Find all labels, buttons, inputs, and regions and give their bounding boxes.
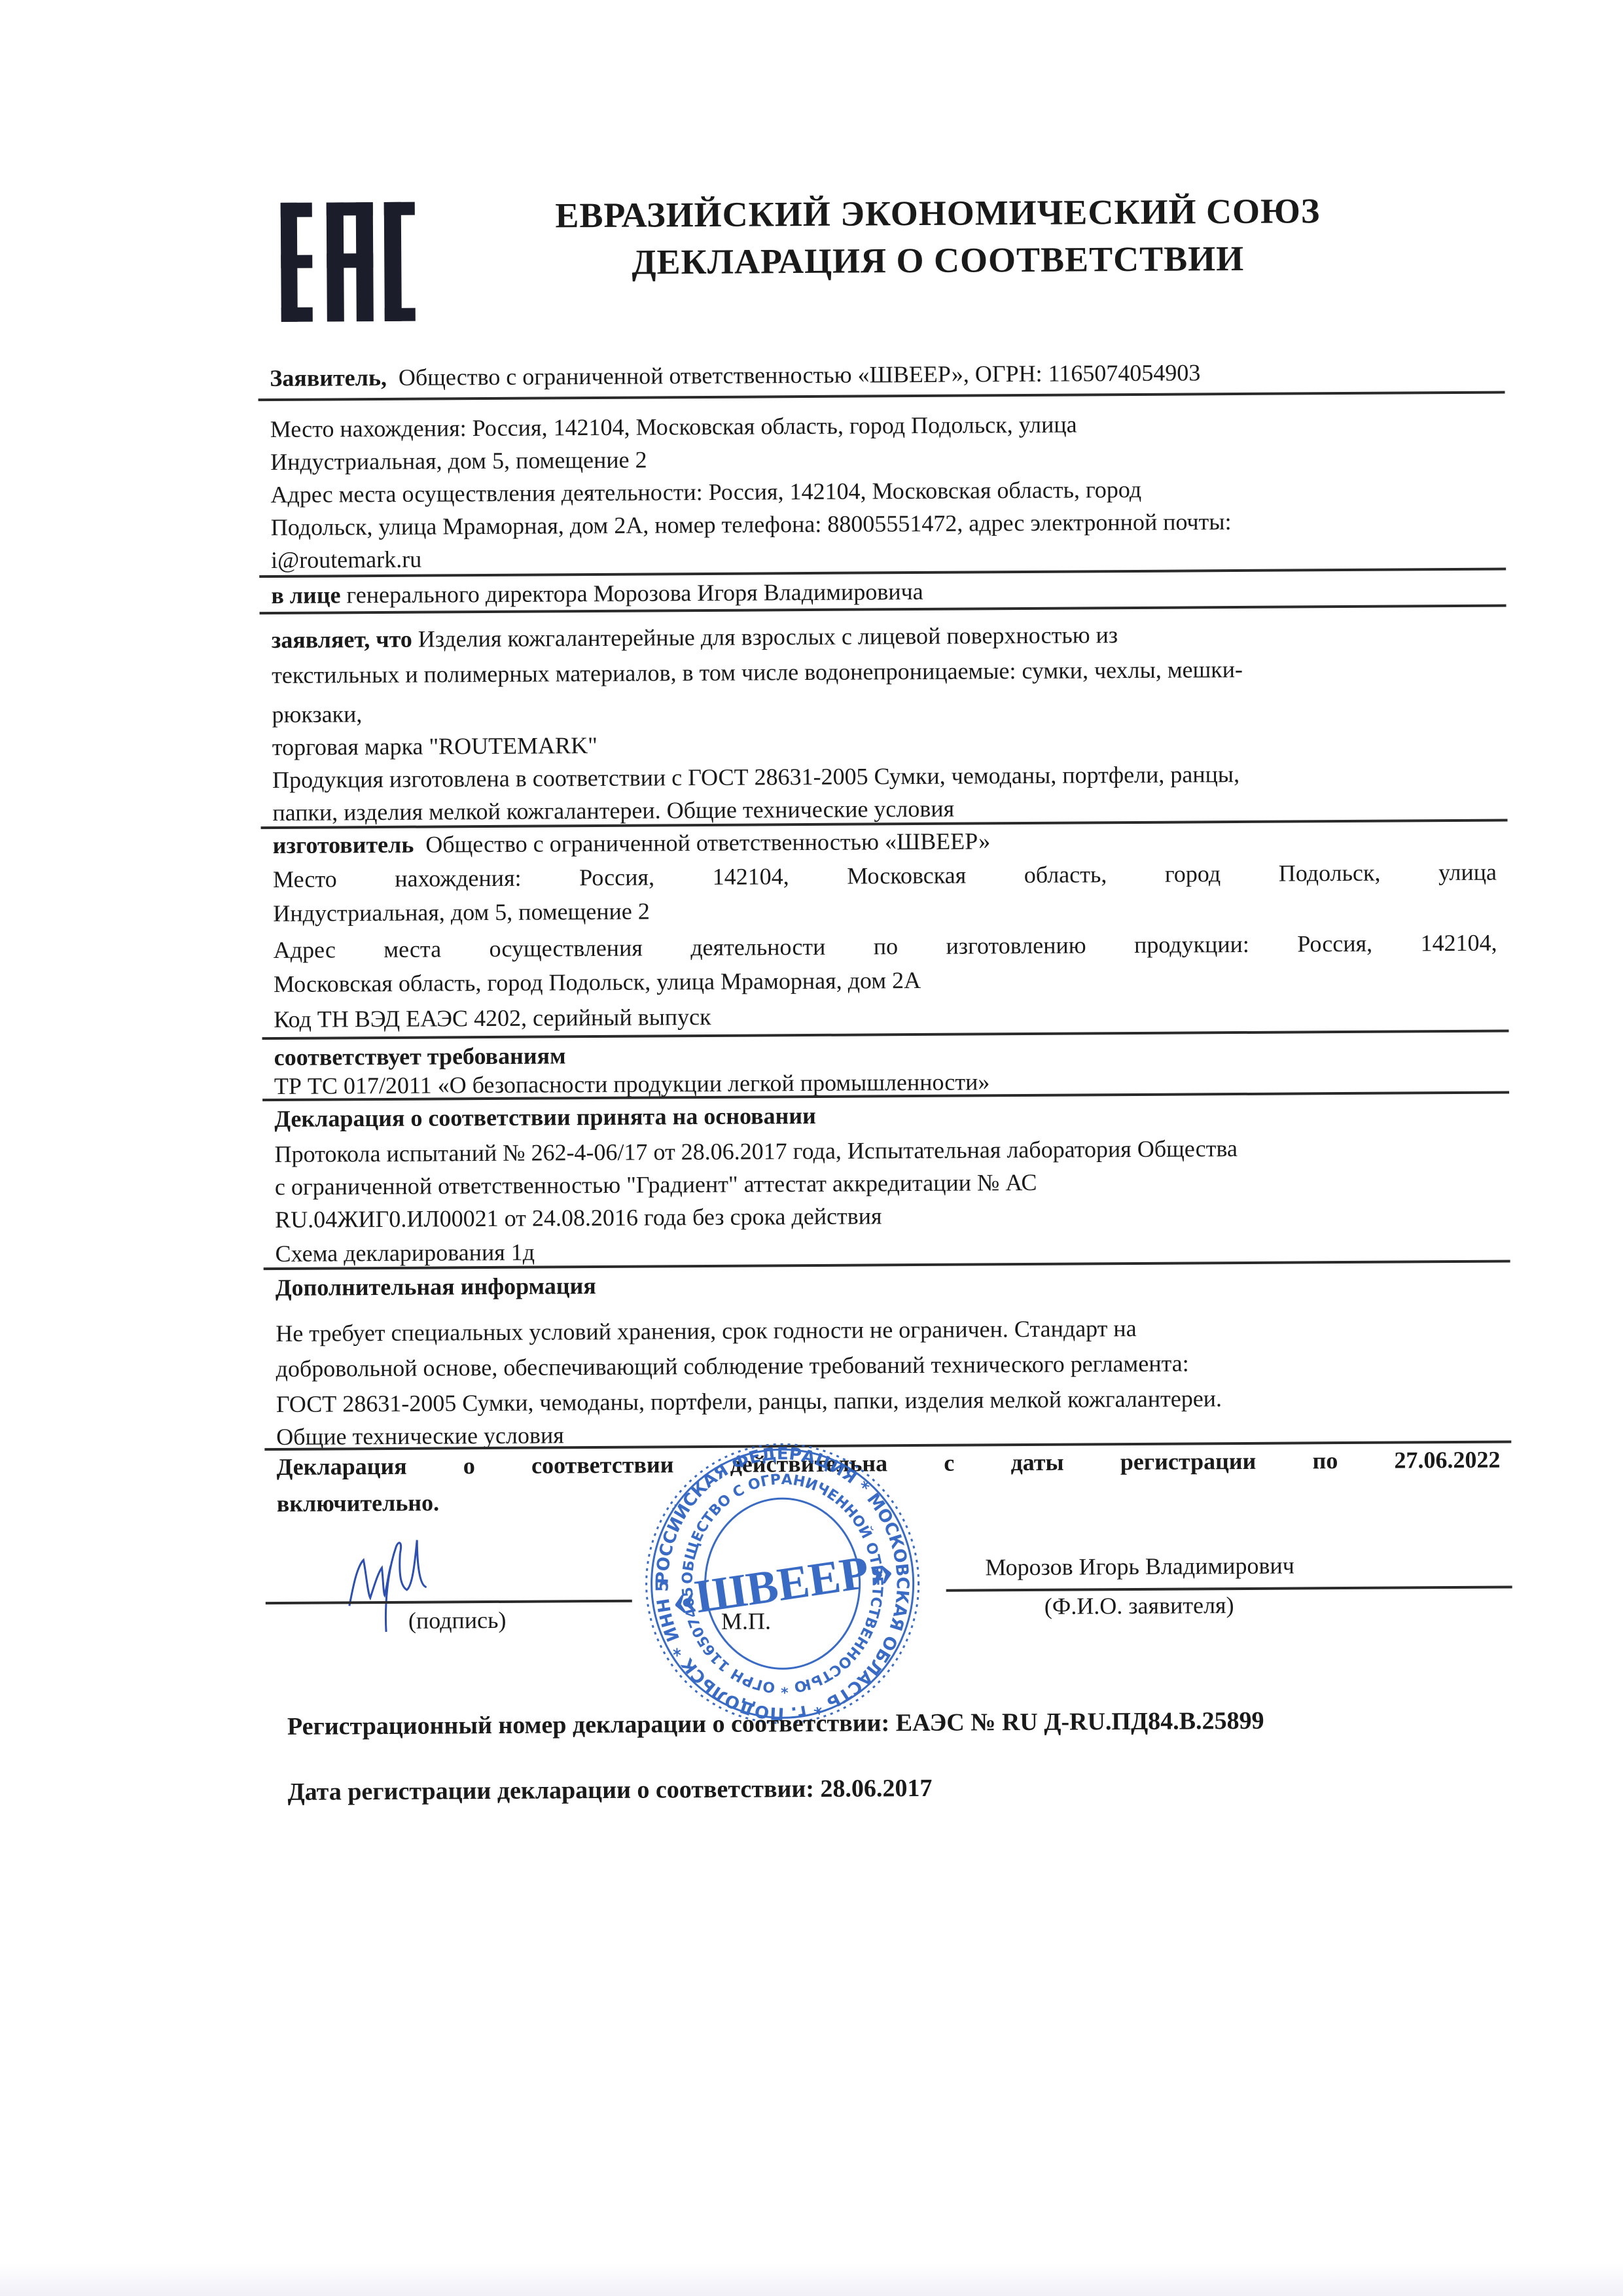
declares-line: Продукция изготовлена в соответствии с Г… [272, 758, 1240, 796]
trademark-line: торговая марка "ROUTEMARK" [272, 729, 597, 764]
word: Адрес [274, 933, 336, 966]
validity-inclusive: включительно. [277, 1486, 440, 1520]
manufacturer-activity-line: Московская область, город Подольск, улиц… [274, 964, 921, 1000]
word: Московская [847, 859, 966, 892]
manufacturer-address-line: Место нахождения: Россия, 142104, Москов… [273, 856, 1497, 896]
word: продукции: [1134, 928, 1249, 961]
header-title-union: ЕВРАЗИЙСКИЙ ЭКОНОМИЧЕСКИЙ СОЮЗ [0, 188, 1618, 239]
word: изготовлению [946, 928, 1086, 962]
word: город [1165, 857, 1221, 891]
manufacturer-label: изготовитель [273, 832, 414, 858]
word: Россия, [1297, 927, 1372, 961]
basis-line: с ограниченной ответственностью "Градиен… [275, 1166, 1037, 1203]
manufacturer-address-line: Индустриальная, дом 5, помещение 2 [273, 895, 650, 930]
word: осуществления [489, 932, 643, 965]
hs-code-line: Код ТН ВЭД ЕАЭС 4202, серийный выпуск [274, 1000, 711, 1036]
registration-date-label: Дата регистрации декларации о соответств… [287, 1775, 814, 1806]
additional-info-line: добровольной основе, обеспечивающий собл… [276, 1347, 1188, 1385]
representative-row: в лице генерального директора Морозова И… [271, 575, 923, 612]
registration-number: ЕАЭС № RU Д-RU.ПД84.В.25899 [896, 1707, 1264, 1737]
manufacturer-activity-line: Адрес места осуществления деятельности п… [274, 927, 1497, 966]
manufacturer-value: Общество с ограниченной ответственностью… [425, 828, 990, 857]
basis-line: Протокола испытаний № 262-4-06/17 от 28.… [274, 1132, 1238, 1171]
declaration-scheme: Схема декларирования 1д [275, 1236, 535, 1270]
word: деятельности [690, 930, 825, 964]
basis-label: Декларация о соответствии принята на осн… [274, 1099, 816, 1135]
word: 142104, [1420, 927, 1497, 960]
header-title-declaration: ДЕКЛАРАЦИЯ О СООТВЕТСТВИИ [0, 236, 1618, 286]
validity-end-date: 27.06.2022 [1394, 1443, 1500, 1477]
declares-row: заявляет, что Изделия кожгалантерейные д… [272, 618, 1118, 656]
manufacturer-row: изготовитель Общество с ограниченной отв… [273, 824, 991, 862]
applicant-value: Общество с ограниченной ответственностью… [399, 359, 1201, 390]
declaration-page: ЕВРАЗИЙСКИЙ ЭКОНОМИЧЕСКИЙ СОЮЗ ДЕКЛАРАЦИ… [0, 0, 1623, 2296]
applicant-activity-line: Адрес места осуществления деятельности: … [270, 473, 1141, 511]
registration-date: 28.06.2017 [820, 1775, 932, 1803]
word: с [944, 1447, 954, 1479]
word: Подольск, [1279, 857, 1381, 890]
company-seal-stamp-icon: РОССИЙСКАЯ ФЕДЕРАЦИЯ * МОСКОВСКАЯ ОБЛАСТ… [628, 1442, 937, 1725]
word: нахождения: [395, 862, 522, 895]
registration-number-label: Регистрационный номер декларации о соотв… [287, 1709, 889, 1740]
applicant-email: i@routemark.ru [271, 543, 421, 576]
word: по [1312, 1444, 1338, 1477]
applicant-row: Заявитель, Общество с ограниченной ответ… [270, 356, 1200, 395]
word: 142104, [713, 860, 789, 893]
word: регистрации [1120, 1445, 1257, 1478]
additional-info-line: ГОСТ 28631-2005 Сумки, чемоданы, портфел… [276, 1382, 1222, 1421]
applicant-label: Заявитель, [270, 364, 387, 391]
additional-info-label: Дополнительная информация [276, 1269, 596, 1304]
word: Декларация [276, 1450, 406, 1483]
word: Место [273, 862, 337, 896]
declares-label: заявляет, что [272, 626, 412, 653]
representative-value: генерального директора Морозова Игоря Вл… [346, 578, 923, 608]
declares-line: рюкзаки, [272, 698, 362, 731]
applicant-activity-line: Подольск, улица Мраморная, дом 2А, номер… [271, 505, 1232, 544]
word: улица [1438, 856, 1497, 889]
stamp-center-text: «ШВЕЕР» [668, 1542, 897, 1627]
word: о [463, 1449, 475, 1482]
registration-number-row: Регистрационный номер декларации о соотв… [287, 1706, 1264, 1741]
declares-product: Изделия кожгалантерейные для взрослых с … [418, 622, 1118, 652]
scan-edge [0, 2264, 1623, 2296]
representative-label: в лице [271, 582, 340, 609]
word: по [874, 930, 899, 963]
applicant-address-line: Место нахождения: Россия, 142104, Москов… [270, 408, 1077, 446]
additional-info-line: Не требует специальных условий хранения,… [276, 1312, 1137, 1350]
declares-line: текстильных и полимерных материалов, в т… [272, 653, 1243, 692]
word: даты [1010, 1446, 1063, 1479]
word: Россия, [579, 860, 654, 894]
name-label: (Ф.И.О. заявителя) [1044, 1589, 1234, 1623]
applicant-address-line: Индустриальная, дом 5, помещение 2 [270, 444, 647, 479]
applicant-full-name: Морозов Игорь Владимирович [985, 1549, 1294, 1584]
word: места [383, 932, 441, 966]
registration-date-row: Дата регистрации декларации о соответств… [287, 1774, 932, 1807]
word: область, [1024, 858, 1107, 891]
basis-line: RU.04ЖИГ0.ИЛ00021 от 24.08.2016 года без… [275, 1199, 882, 1236]
signature-label: (подпись) [408, 1604, 507, 1637]
